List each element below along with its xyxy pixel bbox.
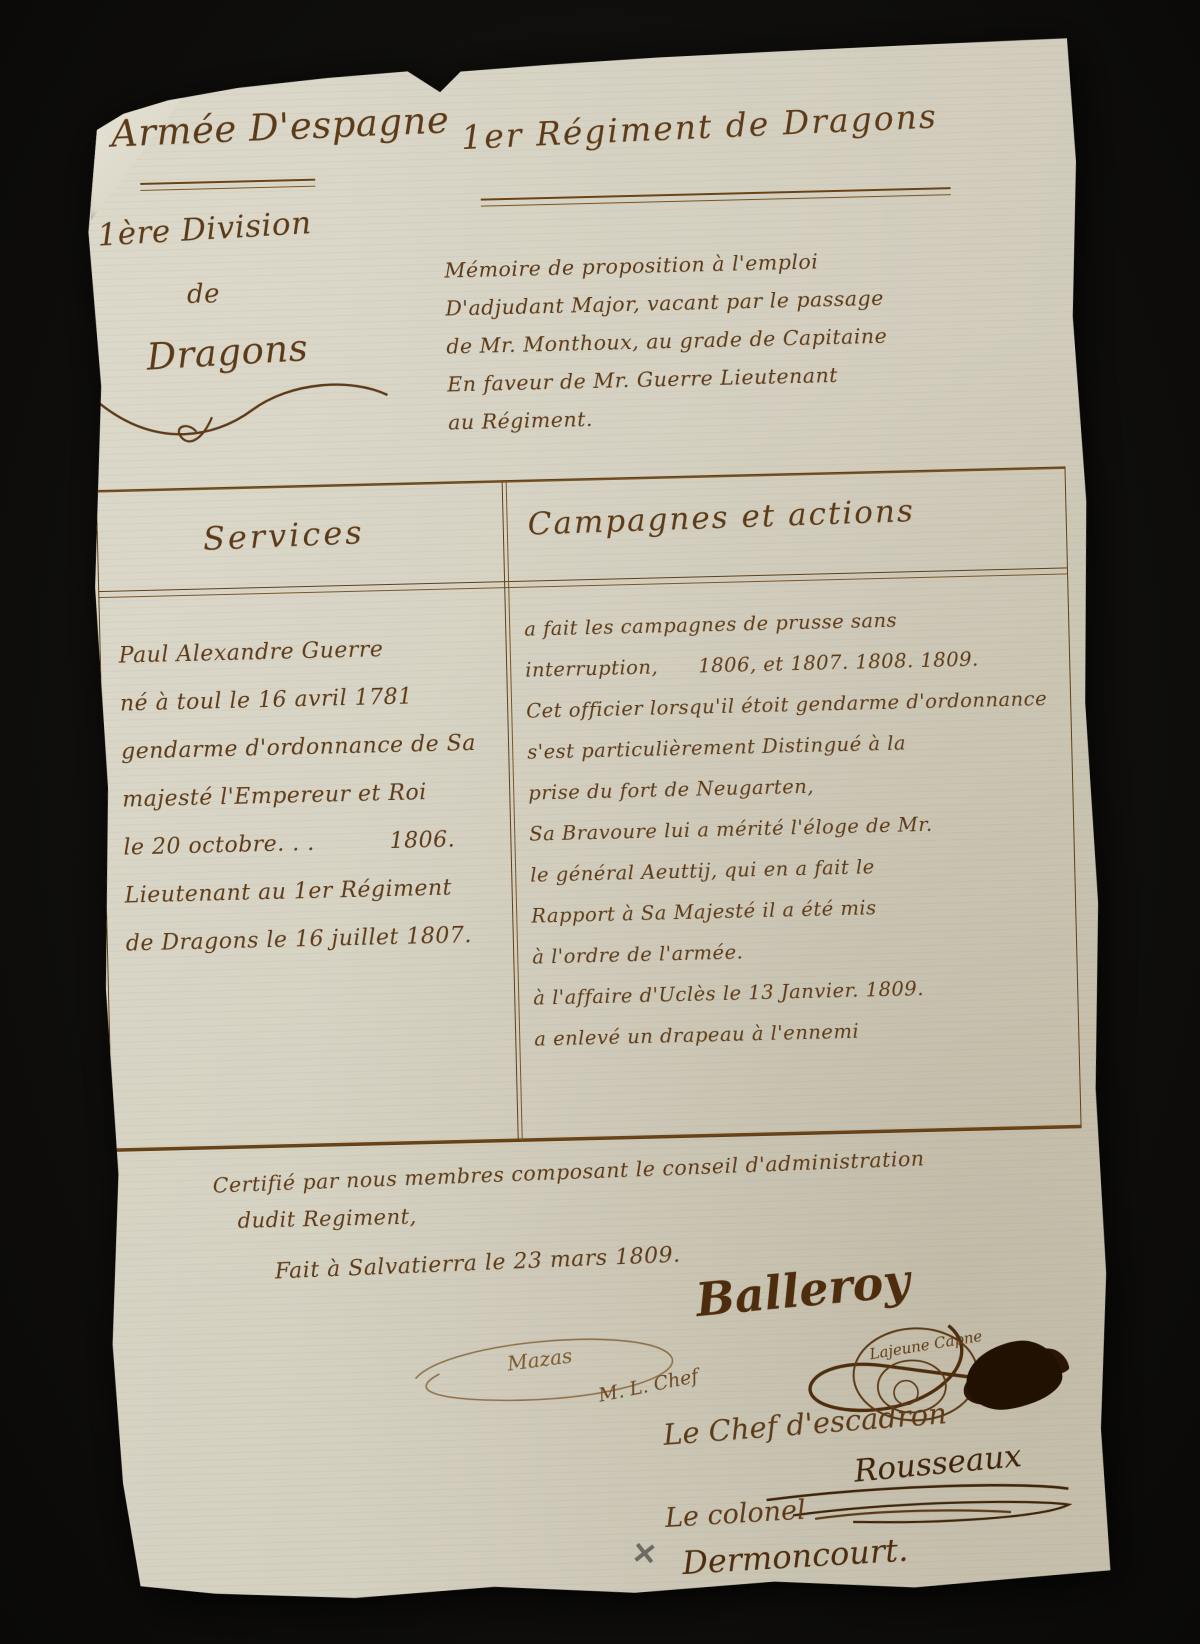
campaigns-column-header: Campagnes et actions: [527, 493, 915, 542]
dragons-flourish: [91, 373, 393, 450]
regiment-title-underline: [481, 187, 951, 206]
colonel-signature: Dermoncourt.: [681, 1531, 909, 1582]
division-de: de: [187, 279, 221, 310]
pencil-x-mark: ✕: [630, 1536, 659, 1574]
army-title-underline: [140, 179, 315, 191]
service-line: de Dragons le 16 juillet 1807.: [125, 911, 506, 968]
certification-line: dudit Regiment,: [237, 1205, 417, 1233]
table-header-separator: [99, 567, 1067, 598]
service-line: gendarme d'ordonnance de Sa: [121, 719, 502, 776]
certification-line: Certifié par nous membres composant le c…: [212, 1140, 1092, 1198]
campaigns-cell: a fait les campagnes de prusse sans inte…: [524, 596, 1075, 1060]
memo-paragraph: Mémoire de proposition à l'emploi D'adju…: [444, 236, 1068, 441]
document-page: Armée D'espagne 1ère Division de Dragons…: [77, 38, 1114, 1607]
paper-sheet: Armée D'espagne 1ère Division de Dragons…: [77, 38, 1114, 1607]
division-line: 1ère Division: [97, 205, 313, 254]
photo-background: Armée D'espagne 1ère Division de Dragons…: [0, 0, 1200, 1644]
regiment-title: 1er Régiment de Dragons: [460, 96, 938, 157]
service-record-table: Services Campagnes et actions Paul Alexa…: [96, 466, 1082, 1152]
services-cell: Paul Alexandre Guerre né à toul le 16 av…: [118, 623, 506, 968]
dragons-line: Dragons: [145, 326, 309, 379]
services-column-header: Services: [202, 513, 365, 558]
certification-date-line: Fait à Salvatierra le 23 mars 1809.: [274, 1243, 681, 1285]
